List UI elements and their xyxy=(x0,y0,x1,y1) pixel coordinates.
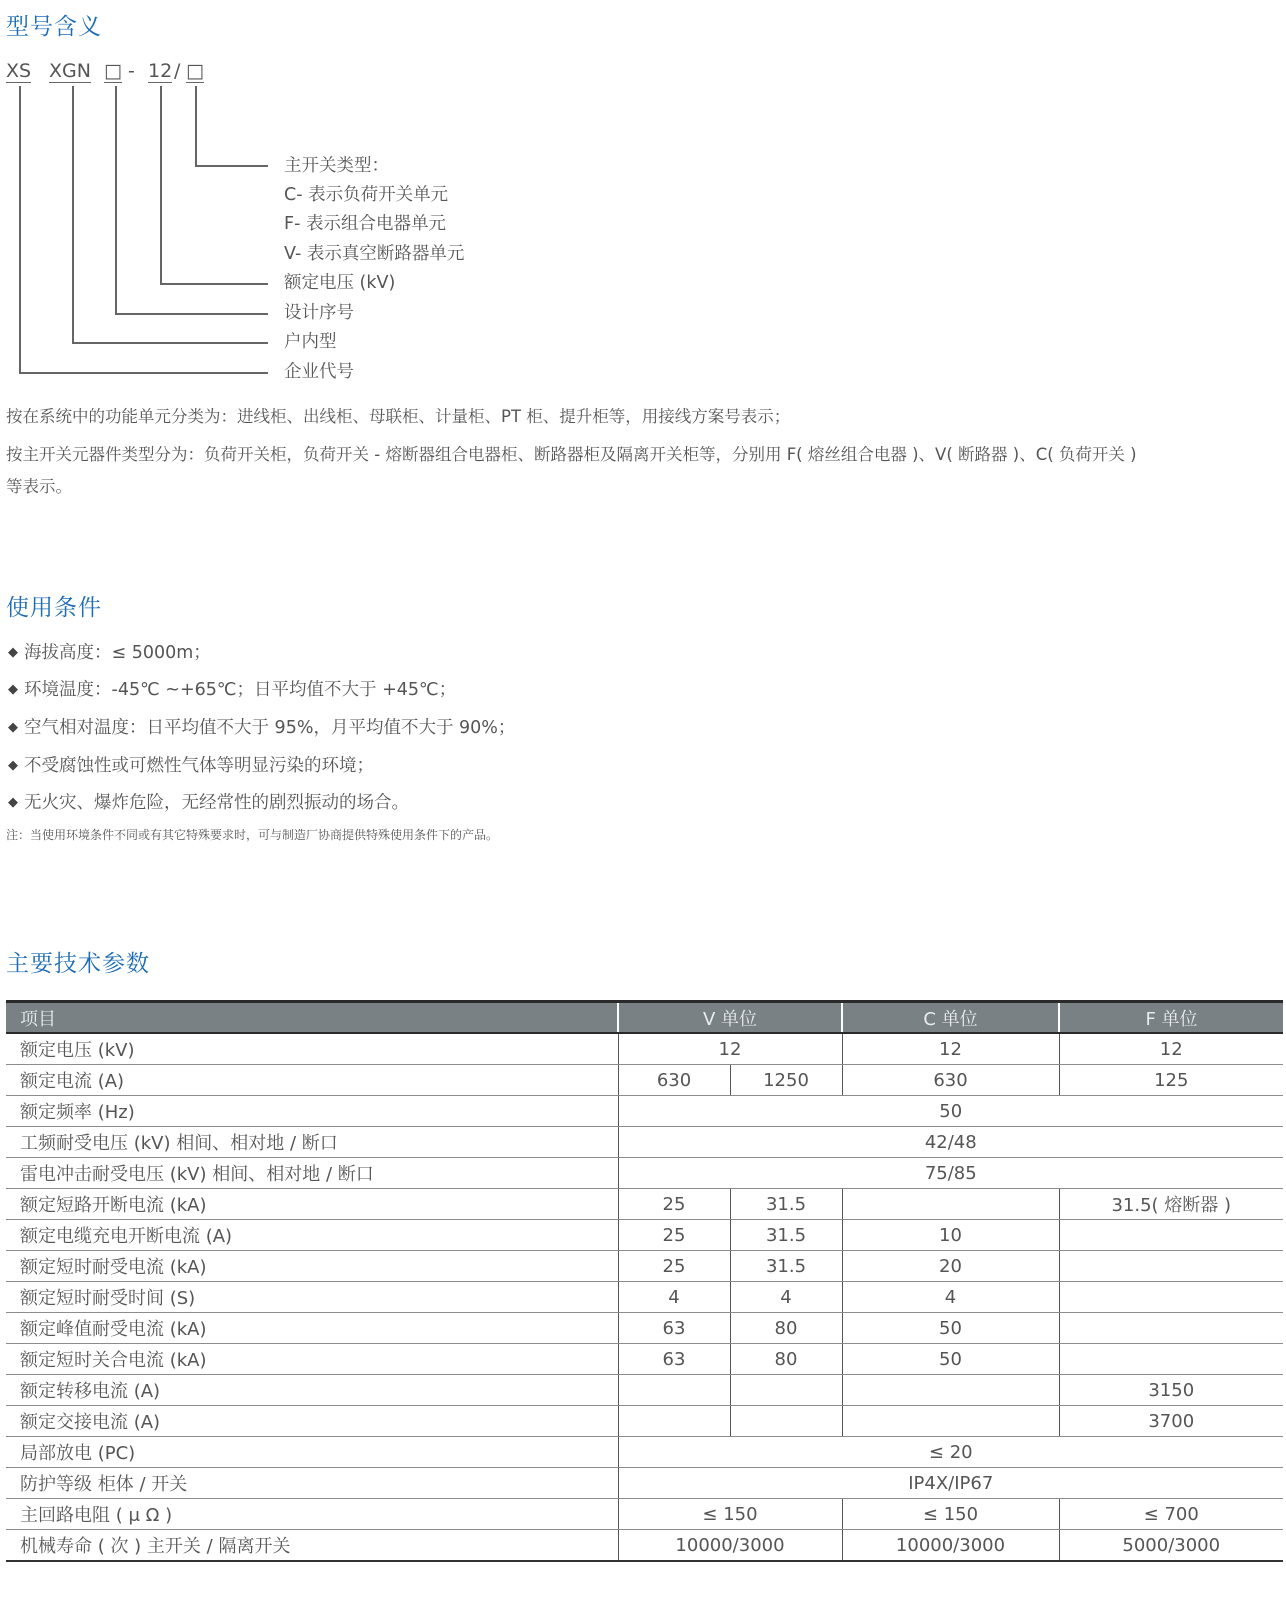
diamond-bullet-icon: ◆ xyxy=(8,792,18,814)
model-part-indoor: XGN xyxy=(49,60,91,83)
section-title-tech-params: 主要技术参数 xyxy=(6,945,150,978)
c-value: 50 xyxy=(842,1313,1059,1344)
c-value: 10 xyxy=(842,1220,1059,1251)
c-value xyxy=(842,1189,1059,1220)
v-1250-value: 31.5 xyxy=(730,1220,842,1251)
f-value: 5000/3000 xyxy=(1059,1530,1283,1562)
param-name: 机械寿命 ( 次 ) 主开关 / 隔离开关 xyxy=(6,1530,618,1562)
table-row: 防护等级 柜体 / 开关 IP4X/IP67 xyxy=(6,1468,1283,1499)
connector-v xyxy=(160,86,162,284)
model-part-slash: / xyxy=(174,60,180,82)
model-part-voltage: 12 xyxy=(148,60,172,83)
f-value: 31.5( 熔断器 ) xyxy=(1059,1189,1283,1220)
table-row: 额定电流 (A) 630 1250 630 125 xyxy=(6,1065,1283,1096)
table-row: 额定电压 (kV) 12 12 12 xyxy=(6,1033,1283,1065)
v-630-value xyxy=(618,1406,730,1437)
table-row: 额定转移电流 (A) 3150 xyxy=(6,1375,1283,1406)
f-value xyxy=(1059,1220,1283,1251)
paragraph-function-classification: 按在系统中的功能单元分类为：进线柜、出线柜、母联柜、计量柜、PT 柜、提升柜等，… xyxy=(6,406,790,428)
condition-item: ◆环境温度：-45℃ ~+65℃；日平均值不大于 +45℃； xyxy=(8,679,456,703)
param-name: 额定短时关合电流 (kA) xyxy=(6,1344,618,1375)
param-name: 额定频率 (Hz) xyxy=(6,1096,618,1127)
v-1250-value xyxy=(730,1406,842,1437)
diamond-bullet-icon: ◆ xyxy=(8,679,18,701)
v-630-value: 25 xyxy=(618,1220,730,1251)
v-1250-value: 80 xyxy=(730,1313,842,1344)
v-1250-value: 31.5 xyxy=(730,1189,842,1220)
paragraph-switch-classification: 按主开关元器件类型分为：负荷开关柜，负荷开关 - 熔断器组合电器柜、断路器柜及隔… xyxy=(6,444,1137,466)
table-row: 主回路电阻 ( μ Ω ) ≤ 150 ≤ 150 ≤ 700 xyxy=(6,1499,1283,1530)
f-value xyxy=(1059,1313,1283,1344)
v-1250-value xyxy=(730,1375,842,1406)
label-f-unit: F- 表示组合电器单元 xyxy=(284,213,446,235)
label-rated-voltage: 额定电压 (kV) xyxy=(284,272,395,294)
param-name: 额定交接电流 (A) xyxy=(6,1406,618,1437)
connector-v xyxy=(115,86,117,314)
v-630-value: 4 xyxy=(618,1282,730,1313)
c-value: 10000/3000 xyxy=(842,1530,1059,1562)
connector-v xyxy=(19,86,21,373)
c-value xyxy=(842,1375,1059,1406)
v-value: 12 xyxy=(618,1033,842,1065)
v-value: ≤ 150 xyxy=(618,1499,842,1530)
condition-text: 环境温度：-45℃ ~+65℃；日平均值不大于 +45℃； xyxy=(24,680,456,700)
condition-text: 空气相对温度：日平均值不大于 95%，月平均值不大于 90%； xyxy=(24,718,515,738)
condition-text: 海拔高度：≤ 5000m； xyxy=(24,643,211,663)
all-value: ≤ 20 xyxy=(618,1437,1283,1468)
tech-params-table: 项目 V 单位 C 单位 F 单位 额定电压 (kV) 12 12 12 额定电… xyxy=(6,1000,1283,1562)
c-value: 630 xyxy=(842,1065,1059,1096)
c-value: ≤ 150 xyxy=(842,1499,1059,1530)
v-1250-value: 4 xyxy=(730,1282,842,1313)
label-v-unit: V- 表示真空断路器单元 xyxy=(284,243,464,265)
v-630-value: 630 xyxy=(618,1065,730,1096)
conditions-note: 注：当使用环境条件不同或有其它特殊要求时，可与制造厂协商提供特殊使用条件下的产品… xyxy=(6,826,498,843)
c-value xyxy=(842,1406,1059,1437)
connector-h xyxy=(72,342,268,344)
v-630-value: 25 xyxy=(618,1251,730,1282)
section-title-usage-conditions: 使用条件 xyxy=(6,589,102,622)
connector-h xyxy=(195,165,268,167)
diamond-bullet-icon: ◆ xyxy=(8,642,18,664)
f-value: 3150 xyxy=(1059,1375,1283,1406)
table-row: 额定交接电流 (A) 3700 xyxy=(6,1406,1283,1437)
table-row: 额定短时耐受电流 (kA) 25 31.5 20 xyxy=(6,1251,1283,1282)
f-value: 125 xyxy=(1059,1065,1283,1096)
param-name: 主回路电阻 ( μ Ω ) xyxy=(6,1499,618,1530)
param-name: 额定短时耐受电流 (kA) xyxy=(6,1251,618,1282)
param-name: 防护等级 柜体 / 开关 xyxy=(6,1468,618,1499)
condition-item: ◆不受腐蚀性或可燃性气体等明显污染的环境； xyxy=(8,755,374,779)
f-value xyxy=(1059,1251,1283,1282)
v-1250-value: 31.5 xyxy=(730,1251,842,1282)
header-c-unit: C 单位 xyxy=(842,1002,1059,1034)
c-value: 20 xyxy=(842,1251,1059,1282)
c-value: 12 xyxy=(842,1033,1059,1065)
v-1250-value: 1250 xyxy=(730,1065,842,1096)
all-value: 42/48 xyxy=(618,1127,1283,1158)
condition-item: ◆海拔高度：≤ 5000m； xyxy=(8,642,211,666)
c-value: 4 xyxy=(842,1282,1059,1313)
all-value: 50 xyxy=(618,1096,1283,1127)
table-row: 额定短时耐受时间 (S) 4 4 4 xyxy=(6,1282,1283,1313)
f-value xyxy=(1059,1344,1283,1375)
param-name: 额定峰值耐受电流 (kA) xyxy=(6,1313,618,1344)
c-value: 50 xyxy=(842,1344,1059,1375)
connector-v xyxy=(72,86,74,343)
f-value: 3700 xyxy=(1059,1406,1283,1437)
table-row: 额定短时关合电流 (kA) 63 80 50 xyxy=(6,1344,1283,1375)
v-630-value: 63 xyxy=(618,1313,730,1344)
param-name: 局部放电 (PC) xyxy=(6,1437,618,1468)
param-name: 额定电缆充电开断电流 (A) xyxy=(6,1220,618,1251)
v-630-value xyxy=(618,1375,730,1406)
condition-text: 无火灾、爆炸危险，无经常性的剧烈振动的场合。 xyxy=(24,793,409,813)
connector-v xyxy=(195,86,197,166)
connector-h xyxy=(115,313,268,315)
model-part-switch-type: □ xyxy=(186,60,204,83)
label-c-unit: C- 表示负荷开关单元 xyxy=(284,184,448,206)
table-header-row: 项目 V 单位 C 单位 F 单位 xyxy=(6,1002,1283,1034)
label-indoor: 户内型 xyxy=(284,331,337,353)
section-title-model-meaning: 型号含义 xyxy=(6,8,102,41)
all-value: IP4X/IP67 xyxy=(618,1468,1283,1499)
f-value: 12 xyxy=(1059,1033,1283,1065)
v-1250-value: 80 xyxy=(730,1344,842,1375)
table-row: 额定电缆充电开断电流 (A) 25 31.5 10 xyxy=(6,1220,1283,1251)
diamond-bullet-icon: ◆ xyxy=(8,755,18,777)
v-630-value: 25 xyxy=(618,1189,730,1220)
condition-item: ◆空气相对温度：日平均值不大于 95%，月平均值不大于 90%； xyxy=(8,717,515,741)
model-part-company: XS xyxy=(6,60,31,83)
condition-item: ◆无火灾、爆炸危险，无经常性的剧烈振动的场合。 xyxy=(8,792,409,816)
param-name: 额定转移电流 (A) xyxy=(6,1375,618,1406)
connector-h xyxy=(160,283,268,285)
table-row: 额定频率 (Hz) 50 xyxy=(6,1096,1283,1127)
label-company-code: 企业代号 xyxy=(284,361,354,383)
param-name: 额定短路开断电流 (kA) xyxy=(6,1189,618,1220)
param-name: 工频耐受电压 (kV) 相间、相对地 / 断口 xyxy=(6,1127,618,1158)
v-630-value: 63 xyxy=(618,1344,730,1375)
table-row: 额定峰值耐受电流 (kA) 63 80 50 xyxy=(6,1313,1283,1344)
table-row: 工频耐受电压 (kV) 相间、相对地 / 断口 42/48 xyxy=(6,1127,1283,1158)
header-item: 项目 xyxy=(6,1002,618,1034)
label-switch-type: 主开关类型： xyxy=(284,155,389,177)
param-name: 额定电压 (kV) xyxy=(6,1033,618,1065)
table-row: 额定短路开断电流 (kA) 25 31.5 31.5( 熔断器 ) xyxy=(6,1189,1283,1220)
v-value: 10000/3000 xyxy=(618,1530,842,1562)
header-v-unit: V 单位 xyxy=(618,1002,842,1034)
param-name: 额定短时耐受时间 (S) xyxy=(6,1282,618,1313)
table-row: 机械寿命 ( 次 ) 主开关 / 隔离开关 10000/3000 10000/3… xyxy=(6,1530,1283,1562)
table-row: 局部放电 (PC) ≤ 20 xyxy=(6,1437,1283,1468)
table-row: 雷电冲击耐受电压 (kV) 相间、相对地 / 断口 75/85 xyxy=(6,1158,1283,1189)
all-value: 75/85 xyxy=(618,1158,1283,1189)
header-f-unit: F 单位 xyxy=(1059,1002,1283,1034)
label-design-seq: 设计序号 xyxy=(284,302,354,324)
f-value: ≤ 700 xyxy=(1059,1499,1283,1530)
param-name: 雷电冲击耐受电压 (kV) 相间、相对地 / 断口 xyxy=(6,1158,618,1189)
condition-text: 不受腐蚀性或可燃性气体等明显污染的环境； xyxy=(24,756,374,776)
connector-h xyxy=(19,372,268,374)
paragraph-switch-classification-cont: 等表示。 xyxy=(6,476,72,498)
model-part-design-seq: □ xyxy=(104,60,122,83)
f-value xyxy=(1059,1282,1283,1313)
diamond-bullet-icon: ◆ xyxy=(8,717,18,739)
model-part-dash: - xyxy=(128,60,135,82)
param-name: 额定电流 (A) xyxy=(6,1065,618,1096)
